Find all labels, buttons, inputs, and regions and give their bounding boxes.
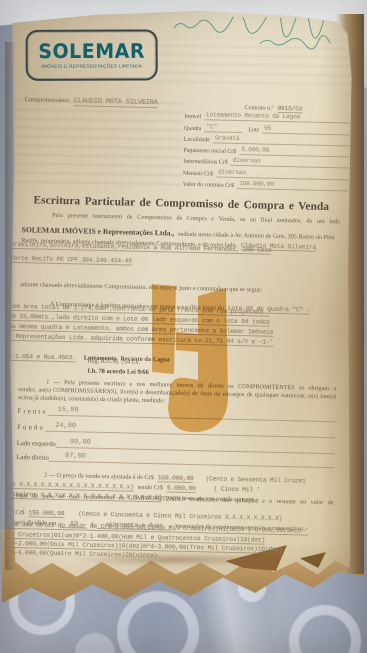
- field-intermediarias-label: Intermediárias Cr$: [183, 159, 227, 166]
- field-localidade-label: Localidade: [184, 137, 210, 144]
- registro-reg-line: Reg. R.G.M. 254 Lv.: [88, 358, 140, 366]
- document-title: Escritura Particular de Compromisso de C…: [22, 194, 340, 213]
- orange-watermark-logo: [140, 282, 240, 445]
- field-lote-label: Lote: [248, 127, 259, 133]
- posse-typed-5: p-1.054 e Rua.4563.: [8, 353, 76, 363]
- field-valor-value: 160.000,00: [237, 180, 349, 192]
- field-imovel-label: Imóvel: [184, 114, 201, 120]
- field-valor-label: Valor do contrato Cr$: [183, 182, 234, 189]
- compromissario-label: Compromissário:: [25, 96, 70, 104]
- solemar-logo: SOLEMAR IMÓVEIS E REPRESENTAÇÕES LIMITAD…: [26, 29, 158, 80]
- field-pagamento-label: Pagamento inicial Cr$: [183, 148, 236, 155]
- photo-of-contract-document: SOLEMAR IMÓVEIS E REPRESENTAÇÕES LIMITAD…: [0, 0, 367, 653]
- measurement-frente-label: Frente: [17, 408, 47, 416]
- field-mensais-label: Mensais Cr$: [183, 171, 213, 178]
- measurement-esquerdo-label: Lado esquerdo: [17, 440, 56, 448]
- logo-subtitle: IMÓVEIS E REPRESENTAÇÕES LIMITADA: [41, 63, 142, 68]
- measurement-direito-label: Lado direito: [16, 454, 49, 462]
- field-quadra-label: Quadra: [184, 125, 201, 131]
- handwritten-note-illegible: [168, 15, 354, 59]
- measurement-fundo-label: Fundo: [17, 424, 45, 432]
- property-fields: Imóvel Loteamento Recanto da Lagoa Quadr…: [183, 109, 351, 192]
- intro-typed-line-3: Forte Recife PE CPF.304.249.414-49: [10, 255, 132, 266]
- field-quadra-value: "C": [204, 123, 242, 133]
- logo-wordmark: SOLEMAR: [38, 41, 145, 61]
- compromissario-name: CLAUDIO MOTA SILVEIRA: [74, 97, 158, 108]
